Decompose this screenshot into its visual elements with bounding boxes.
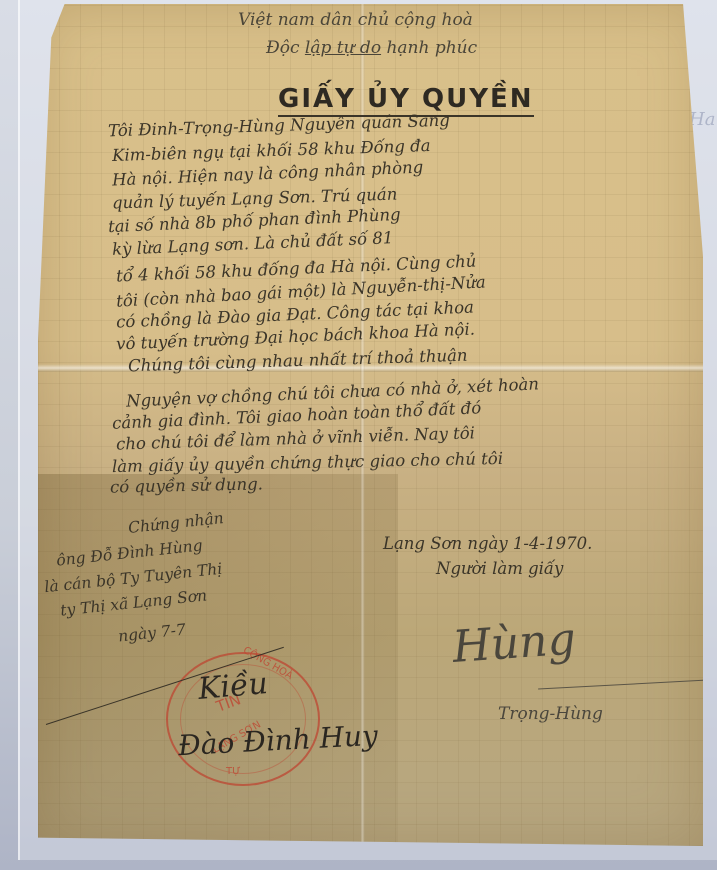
- signer-name: Trọng-Hùng: [498, 704, 603, 724]
- motto-prefix: Độc: [266, 38, 305, 58]
- body-line: Tôi Đinh-Trọng-Hùng Nguyên quán Sang: [108, 111, 450, 141]
- motto-underlined: lập tự do: [305, 38, 381, 58]
- body-line: có quyền sử dụng.: [110, 474, 263, 496]
- motto-suffix: hạnh phúc: [381, 38, 477, 58]
- signer-signature: Hùng: [451, 606, 685, 692]
- national-header-line1: Việt nam dân chủ cộng hoà: [238, 10, 473, 30]
- body-line: làm giấy ủy quyền chứng thực giao cho ch…: [112, 449, 503, 476]
- place-date: Lạng Sơn ngày 1-4-1970.: [383, 534, 592, 553]
- signer-label: Người làm giấy: [436, 559, 563, 578]
- document-paper: Việt nam dân chủ cộng hoà Độc lập tự do …: [38, 4, 703, 846]
- official-signature-1: Kiều: [197, 666, 270, 707]
- stamp-bottom-text: TỰ: [226, 766, 241, 777]
- national-header-line2: Độc lập tự do hạnh phúc: [266, 38, 477, 58]
